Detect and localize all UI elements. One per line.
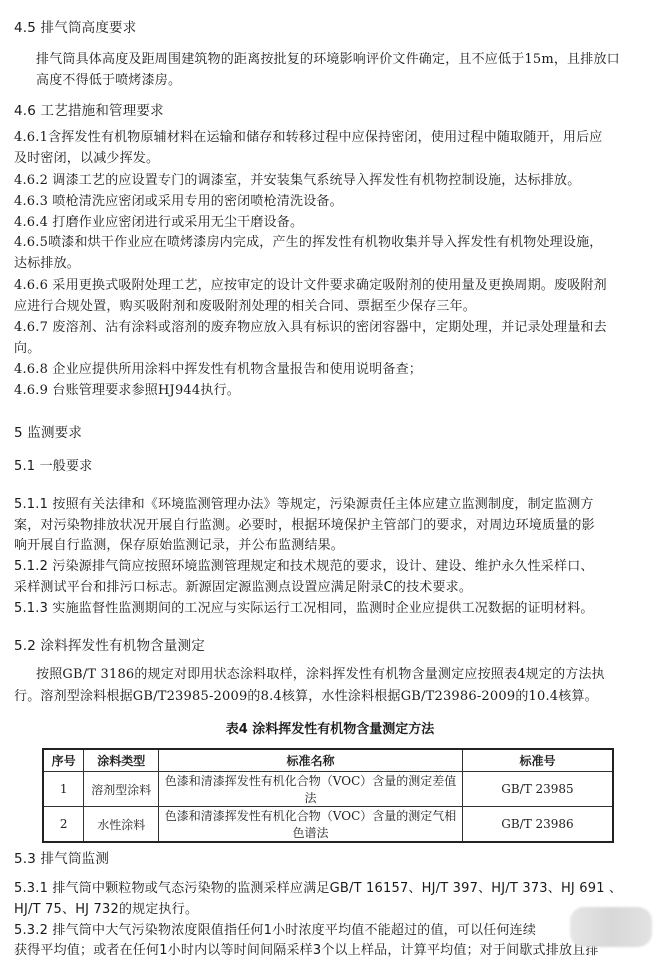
section-heading-4-6: 4.6 工艺措施和管理要求	[14, 103, 164, 119]
clause-4-6-4: 4.6.4 打磨作业应密闭进行或采用无尘干磨设备。	[14, 215, 303, 231]
clause-4-6-1-line-2: 及时密闭，以减少挥发。	[14, 151, 159, 167]
clause-5-3-1-line-1: 5.3.1 排气筒中颗粒物或气态污染物的监测采样应满足GB/T 16157、HJ…	[14, 881, 622, 897]
column-header-coating-type: 涂料类型	[84, 749, 159, 772]
clause-5-3-2-line-2: 获得平均值；或者在任何1小时内以等时间间隔采样3个以上样品，计算平均值；对于间歇…	[14, 943, 599, 959]
clause-4-6-3: 4.6.3 喷枪清洗应密闭或采用专用的密闭喷枪清洗设备。	[14, 194, 343, 210]
watermark-blur-overlay	[570, 907, 652, 947]
column-header-standard-name: 标准名称	[159, 749, 463, 772]
clause-4-6-2: 4.6.2 调漆工艺的应设置专门的调漆室，并安装集气系统导入挥发性有机物控制设施…	[14, 173, 580, 189]
paragraph-5-2-line-2: 行。溶剂型涂料根据GB/T23985-2009的8.4核算，水性涂料根据GB/T…	[14, 689, 598, 705]
clause-5-1-1-line-2: 案，对污染物排放状况开展自行监测。必要时，根据环境保护主管部门的要求，对周边环境…	[14, 518, 595, 534]
clause-4-6-9: 4.6.9 台账管理要求参照HJ944执行。	[14, 383, 240, 399]
clause-4-6-8: 4.6.8 企业应提供所用涂料中挥发性有机物含量报告和使用说明备查；	[14, 362, 422, 378]
clause-5-1-1-line-1: 5.1.1 按照有关法律和《环境监测管理办法》等规定，污染源责任主体应建立监测制…	[14, 497, 594, 513]
table-header-row: 序号 涂料类型 标准名称 标准号	[43, 749, 613, 772]
section-heading-4-5: 4.5 排气筒高度要求	[14, 20, 136, 36]
section-heading-5-3: 5.3 排气筒监测	[14, 851, 109, 867]
clause-5-3-1-line-2: HJ/T 75、HJ 732的规定执行。	[14, 902, 198, 918]
clause-5-1-2-line-1: 5.1.2 污染源排气筒应按照环境监测管理规定和技术规范的要求，设计、建设、维护…	[14, 559, 594, 575]
section-heading-5-1: 5.1 一般要求	[14, 459, 92, 475]
clause-4-6-7-line-2: 向。	[14, 341, 40, 357]
cell-coating-type: 溶剂型涂料	[84, 772, 159, 807]
column-header-standard-number: 标准号	[462, 749, 613, 772]
clause-5-1-2-line-2: 采样测试平台和排污口标志。新源固定源监测点设置应满足附录C的技术要求。	[14, 580, 472, 596]
clause-4-6-6-line-2: 应进行合规处置，购买吸附剂和废吸附剂处理的相关合同、票据至少保存三年。	[14, 299, 476, 315]
clause-4-6-6-line-1: 4.6.6 采用更换式吸附处理工艺，应按审定的设计文件要求确定吸附剂的使用量及更…	[14, 278, 607, 294]
table-row: 1 溶剂型涂料 色漆和清漆挥发性有机化合物（VOC）含量的测定差值法 GB/T …	[43, 772, 613, 807]
cell-standard-name: 色漆和清漆挥发性有机化合物（VOC）含量的测定差值法	[159, 772, 463, 807]
clause-5-1-1-line-3: 响开展自行监测，保存原始监测记录，并公布监测结果。	[14, 538, 344, 554]
paragraph-4-5-line-1: 排气筒具体高度及距周围建筑物的距离按批复的环境影响评价文件确定，且不应低于15m…	[36, 52, 620, 68]
clause-4-6-5-line-2: 达标排放。	[14, 256, 80, 272]
cell-standard-number: GB/T 23985	[462, 772, 613, 807]
column-header-index: 序号	[43, 749, 84, 772]
clause-4-6-1-line-1: 4.6.1含挥发性有机物原辅材料在运输和储存和转移过程中应保持密闭，使用过程中随…	[14, 130, 602, 146]
cell-coating-type: 水性涂料	[84, 807, 159, 843]
clause-5-3-2-line-1: 5.3.2 排气筒中大气污染物浓度限值指任何1小时浓度平均值不能超过的值，可以任…	[14, 923, 536, 939]
cell-standard-number: GB/T 23986	[462, 807, 613, 843]
section-heading-5-2: 5.2 涂料挥发性有机物含量测定	[14, 638, 205, 654]
paragraph-5-2-line-1: 按照GB/T 3186的规定对即用状态涂料取样，涂料挥发性有机物含量测定应按照表…	[36, 667, 605, 683]
clause-4-6-7-line-1: 4.6.7 废溶剂、沾有涂料或溶剂的废弃物应放入具有标识的密闭容器中，定期处理，…	[14, 320, 607, 336]
cell-index: 2	[43, 807, 84, 843]
clause-5-1-3: 5.1.3 实施监督性监测期间的工况应与实际运行工况相同，监测时企业应提供工况数…	[14, 601, 594, 617]
cell-standard-name: 色漆和清漆挥发性有机化合物（VOC）含量的测定气相色谱法	[159, 807, 463, 843]
table-4: 序号 涂料类型 标准名称 标准号 1 溶剂型涂料 色漆和清漆挥发性有机化合物（V…	[42, 748, 614, 843]
table-4-caption: 表4 涂料挥发性有机物含量测定方法	[0, 718, 660, 737]
table-row: 2 水性涂料 色漆和清漆挥发性有机化合物（VOC）含量的测定气相色谱法 GB/T…	[43, 807, 613, 843]
paragraph-4-5-line-2: 高度不得低于喷烤漆房。	[36, 73, 181, 89]
clause-4-6-5-line-1: 4.6.5喷漆和烘干作业应在喷烤漆房内完成，产生的挥发性有机物收集并导入挥发性有…	[14, 235, 602, 251]
cell-index: 1	[43, 772, 84, 807]
section-heading-5: 5 监测要求	[14, 425, 82, 441]
